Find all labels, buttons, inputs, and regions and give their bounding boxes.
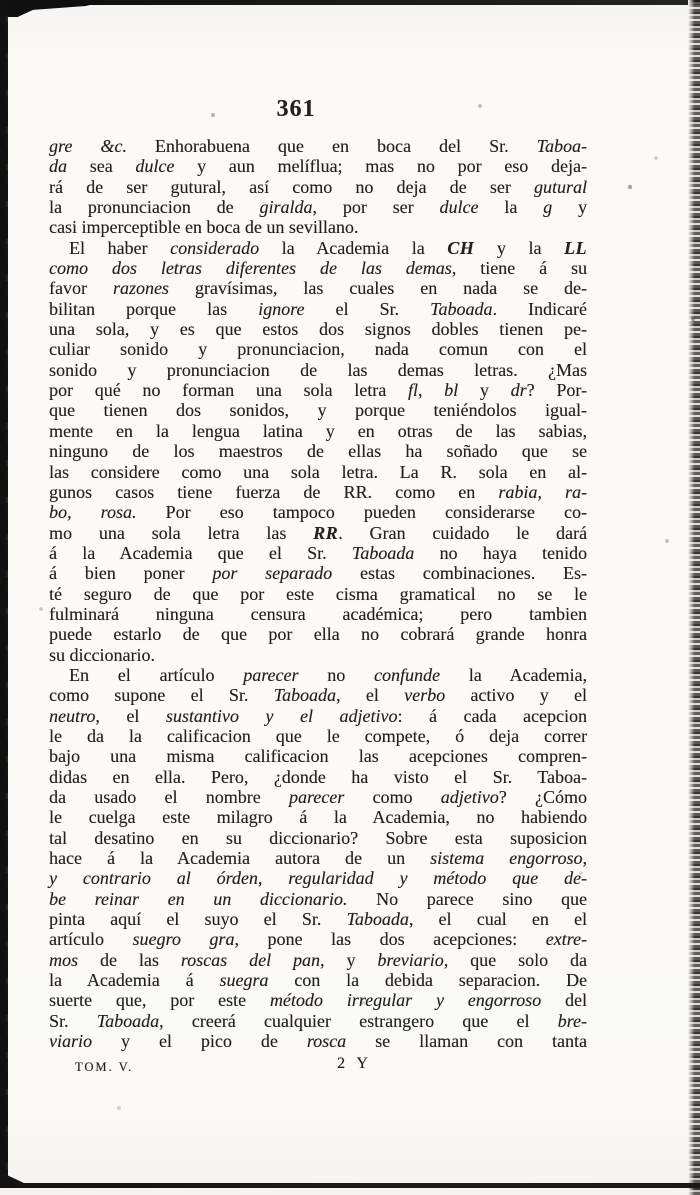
text-run: gre &c.	[49, 136, 127, 156]
text-line: le da la calificacion que le compete, ó …	[49, 726, 587, 746]
text-run: fulminará ninguna censura académica; per…	[49, 604, 587, 624]
text-run: de las	[78, 950, 181, 970]
scan-edge-bottom	[0, 1183, 700, 1188]
text-run: suerte que, por este	[49, 990, 270, 1010]
text-run: el Sr.	[304, 299, 430, 319]
text-line: rá de ser gutural, así como no deja de s…	[49, 177, 587, 197]
text-run: considerado	[170, 238, 259, 258]
text-run: g	[543, 197, 552, 217]
text-line: la Academia á suegra con la debida separ…	[49, 970, 587, 990]
text-run: fl, bl	[408, 380, 458, 400]
page-number: 361	[49, 95, 587, 123]
scan-specks	[0, 0, 2, 2]
text-line: sonido y pronunciacion de las demas letr…	[49, 360, 587, 380]
text-run: parecer	[289, 787, 344, 807]
text-line: su diccionario.	[49, 645, 587, 665]
text-run: ? Por-	[527, 380, 587, 400]
text-run: Taboada	[347, 909, 409, 929]
text-line: ninguno de los maestros de ellas ha soña…	[49, 441, 587, 461]
text-run: estas combinaciones. Es-	[332, 563, 587, 583]
text-run: ninguno de los maestros de ellas ha soña…	[49, 441, 587, 461]
paragraph: En el artículo parecer no confunde la Ac…	[49, 665, 587, 1052]
text-line: be reinar en un diccionario. No parece s…	[49, 889, 587, 909]
text-run: y la	[474, 238, 564, 258]
text-run: CH	[447, 238, 474, 258]
text-run: , que solo da	[444, 950, 587, 970]
text-run: razones	[113, 278, 169, 298]
text-line: El haber considerado la Academia la CH y…	[49, 238, 587, 258]
text-run: , y	[320, 950, 377, 970]
text-run: verbo	[404, 685, 445, 705]
text-line: té seguro de que por este cisma gramatic…	[49, 584, 587, 604]
page-footer: TOM. V. 2 Y	[49, 1055, 587, 1079]
text-run: por qué no forman una sola letra	[49, 380, 408, 400]
text-run: Taboada	[97, 1011, 159, 1031]
text-column: 361 gre &c. Enhorabuena que en boca del …	[49, 95, 587, 1079]
page-text: gre &c. Enhorabuena que en boca del Sr. …	[49, 136, 587, 1051]
text-run: le da la calificacion que le compete, ó …	[49, 726, 587, 746]
text-run: , el	[336, 685, 404, 705]
text-line: casi imperceptible en boca de un sevilla…	[49, 217, 587, 237]
text-run: rá de ser gutural, así como no deja de s…	[49, 177, 534, 197]
text-run: , el cual en el	[409, 909, 587, 929]
text-run: que tienen dos sonidos, y porque teniénd…	[49, 400, 587, 420]
text-run: tal desatino en su diccionario? Sobre es…	[49, 828, 587, 848]
text-run: bre-	[558, 1011, 587, 1031]
signature-mark: 2 Y	[337, 1055, 372, 1073]
text-line: le cuelga este milagro á la Academia, no…	[49, 807, 587, 827]
text-run: activo y el	[445, 685, 587, 705]
text-run: la	[478, 197, 543, 217]
text-run: No parece sino que	[347, 889, 587, 909]
text-line: culiar sonido y pronunciacion, nada comu…	[49, 339, 587, 359]
text-line: bo, rosa. Por eso tampoco pueden conside…	[49, 502, 587, 522]
text-line: las considere como una sola letra. La R.…	[49, 462, 587, 482]
text-run: breviario	[377, 950, 443, 970]
text-line: gunos casos tiene fuerza de RR. como en …	[49, 482, 587, 502]
text-run: no haya tenido	[414, 543, 587, 563]
text-run: , tiene á su	[452, 258, 587, 278]
text-run: y aun melíflua; mas no por eso deja-	[174, 156, 587, 176]
text-run: y	[458, 380, 510, 400]
text-run: con la debida separacion. De	[268, 970, 587, 990]
scan-edge-left	[0, 0, 8, 1188]
text-run: culiar sonido y pronunciacion, nada comu…	[49, 339, 587, 359]
text-run: dulce	[440, 197, 479, 217]
text-line: hace á la Academia autora de un sistema …	[49, 848, 587, 868]
text-line: Sr. Taboada, creerá cualquier estrangero…	[49, 1011, 587, 1031]
text-run: gravísimas, las cuales en nada se de-	[169, 278, 587, 298]
text-line: como supone el Sr. Taboada, el verbo act…	[49, 685, 587, 705]
text-line: y contrario al órden, regularidad y méto…	[49, 868, 587, 888]
text-line: tal desatino en su diccionario? Sobre es…	[49, 828, 587, 848]
text-line: neutro, el sustantivo y el adjetivo: á c…	[49, 706, 587, 726]
text-run: mente en la lengua latina y en otras de …	[49, 421, 587, 441]
text-run: , pone las dos acepciones:	[234, 929, 545, 949]
text-line: da sea dulce y aun melíflua; mas no por …	[49, 156, 587, 176]
text-run: be reinar en un diccionario.	[49, 889, 347, 909]
text-run: bilitan porque las	[49, 299, 258, 319]
text-line: que tienen dos sonidos, y porque teniénd…	[49, 400, 587, 420]
scanned-book-page: 361 gre &c. Enhorabuena que en boca del …	[0, 0, 700, 1195]
paragraph: El haber considerado la Academia la CH y…	[49, 238, 587, 665]
text-run: da	[49, 156, 67, 176]
text-line: artículo suegro gra, pone las dos acepci…	[49, 929, 587, 949]
text-run: LL	[564, 238, 587, 258]
text-run: mo una sola letra las	[49, 523, 313, 543]
text-run: té seguro de que por este cisma gramatic…	[49, 584, 587, 604]
text-line: bajo una misma calificacion las acepcion…	[49, 746, 587, 766]
text-run: , por ser	[312, 197, 439, 217]
text-run: las considere como una sola letra. La R.…	[49, 462, 587, 482]
volume-label: TOM. V.	[75, 1060, 133, 1075]
text-line: fulminará ninguna censura académica; per…	[49, 604, 587, 624]
text-run: Por eso tampoco pueden considerarse co-	[136, 502, 587, 522]
text-run: En el artículo	[69, 665, 243, 685]
text-run: rabia, ra-	[498, 482, 587, 502]
text-run: El haber	[69, 238, 170, 258]
text-run: le cuelga este milagro á la Academia, no…	[49, 807, 587, 827]
text-run: . Gran cuidado le dará	[338, 523, 587, 543]
text-run: Sr.	[49, 1011, 97, 1031]
text-line: mos de las roscas del pan, y breviario, …	[49, 950, 587, 970]
text-run: la Academia la	[259, 238, 447, 258]
text-run: Taboada	[430, 299, 492, 319]
text-run: suegro gra	[133, 929, 235, 949]
text-run: didas en ella. Pero, ¿donde ha visto el …	[49, 767, 587, 787]
text-line: mente en la lengua latina y en otras de …	[49, 421, 587, 441]
text-run: viario	[49, 1031, 92, 1051]
text-line: á bien poner por separado estas combinac…	[49, 563, 587, 583]
text-run: una sola, y es que estos dos signos dobl…	[49, 319, 587, 339]
text-run: como supone el Sr.	[49, 685, 274, 705]
text-run: gunos casos tiene fuerza de RR. como en	[49, 482, 498, 502]
text-run: del	[541, 990, 587, 1010]
text-run: parecer	[243, 665, 298, 685]
text-run: y el pico de	[92, 1031, 307, 1051]
text-run: puede estarlo de que por ella no cobrará…	[49, 624, 587, 644]
text-run: dulce	[135, 156, 174, 176]
text-line: gre &c. Enhorabuena que en boca del Sr. …	[49, 136, 587, 156]
text-run: mos	[49, 950, 78, 970]
text-line: como dos letras diferentes de las demas,…	[49, 258, 587, 278]
text-run: Taboada	[274, 685, 336, 705]
text-line: una sola, y es que estos dos signos dobl…	[49, 319, 587, 339]
text-run: confunde	[374, 665, 440, 685]
text-line: la pronunciacion de giralda, por ser dul…	[49, 197, 587, 217]
text-run: Taboa-	[537, 136, 587, 156]
text-run: hace á la Academia autora de un	[49, 848, 430, 868]
text-line: En el artículo parecer no confunde la Ac…	[49, 665, 587, 685]
text-run: método irregular y engorroso	[270, 990, 541, 1010]
text-run: gutural	[534, 177, 587, 197]
text-run: su diccionario.	[49, 645, 155, 665]
text-run: casi imperceptible en boca de un sevilla…	[49, 217, 358, 237]
text-run: y	[552, 197, 587, 217]
text-run: . Indicaré	[492, 299, 587, 319]
text-run: no	[299, 665, 375, 685]
text-line: pinta aquí el suyo el Sr. Taboada, el cu…	[49, 909, 587, 929]
text-line: suerte que, por este método irregular y …	[49, 990, 587, 1010]
text-run: neutro	[49, 706, 95, 726]
text-line: viario y el pico de rosca se llaman con …	[49, 1031, 587, 1051]
paragraph: gre &c. Enhorabuena que en boca del Sr. …	[49, 136, 587, 238]
text-run: á la Academia que el Sr.	[49, 543, 352, 563]
text-run: dr	[511, 380, 527, 400]
text-run: favor	[49, 278, 113, 298]
scan-edge-right	[688, 0, 700, 1195]
text-run: por separado	[212, 563, 332, 583]
text-run: á bien poner	[49, 563, 212, 583]
text-run: sustantivo y el adjetivo	[166, 706, 398, 726]
text-line: á la Academia que el Sr. Taboada no haya…	[49, 543, 587, 563]
text-run: adjetivo	[441, 787, 499, 807]
text-run: ignore	[258, 299, 304, 319]
text-run: la Academia,	[440, 665, 587, 685]
text-line: por qué no forman una sola letra fl, bl …	[49, 380, 587, 400]
text-run: , el	[95, 706, 166, 726]
text-run: suegra	[219, 970, 268, 990]
text-run: : á cada acepcion	[397, 706, 587, 726]
text-run: Enhorabuena que en boca del Sr.	[127, 136, 537, 156]
text-line: puede estarlo de que por ella no cobrará…	[49, 624, 587, 644]
text-run: ? ¿Cómo	[499, 787, 587, 807]
text-run: Taboada	[352, 543, 414, 563]
text-run: pinta aquí el suyo el Sr.	[49, 909, 347, 929]
text-run: rosca	[307, 1031, 346, 1051]
text-run: bajo una misma calificacion las acepcion…	[49, 746, 587, 766]
text-run: extre-	[546, 929, 587, 949]
text-run: artículo	[49, 929, 133, 949]
text-run: la Academia á	[49, 970, 219, 990]
text-run: sea	[67, 156, 135, 176]
text-line: da usado el nombre parecer como adjetivo…	[49, 787, 587, 807]
text-run: sonido y pronunciacion de las demas letr…	[49, 360, 587, 380]
text-run: RR	[313, 523, 338, 543]
text-run: bo, rosa.	[49, 502, 136, 522]
text-run: giralda	[259, 197, 312, 217]
text-run: como dos letras diferentes de las demas	[49, 258, 452, 278]
text-line: bilitan porque las ignore el Sr. Taboada…	[49, 299, 587, 319]
text-line: favor razones gravísimas, las cuales en …	[49, 278, 587, 298]
text-run: da usado el nombre	[49, 787, 289, 807]
text-run: sistema engorroso	[430, 848, 582, 868]
text-run: y contrario al órden, regularidad y méto…	[49, 868, 587, 888]
text-run: se llaman con tanta	[346, 1031, 587, 1051]
text-run: la pronunciacion de	[49, 197, 259, 217]
text-line: didas en ella. Pero, ¿donde ha visto el …	[49, 767, 587, 787]
text-run: como	[344, 787, 441, 807]
text-run: ,	[583, 848, 588, 868]
text-run: roscas del pan	[181, 950, 320, 970]
text-line: mo una sola letra las RR. Gran cuidado l…	[49, 523, 587, 543]
text-run: , creerá cualquier estrangero que el	[159, 1011, 558, 1031]
scan-corner-blob	[0, 0, 110, 17]
